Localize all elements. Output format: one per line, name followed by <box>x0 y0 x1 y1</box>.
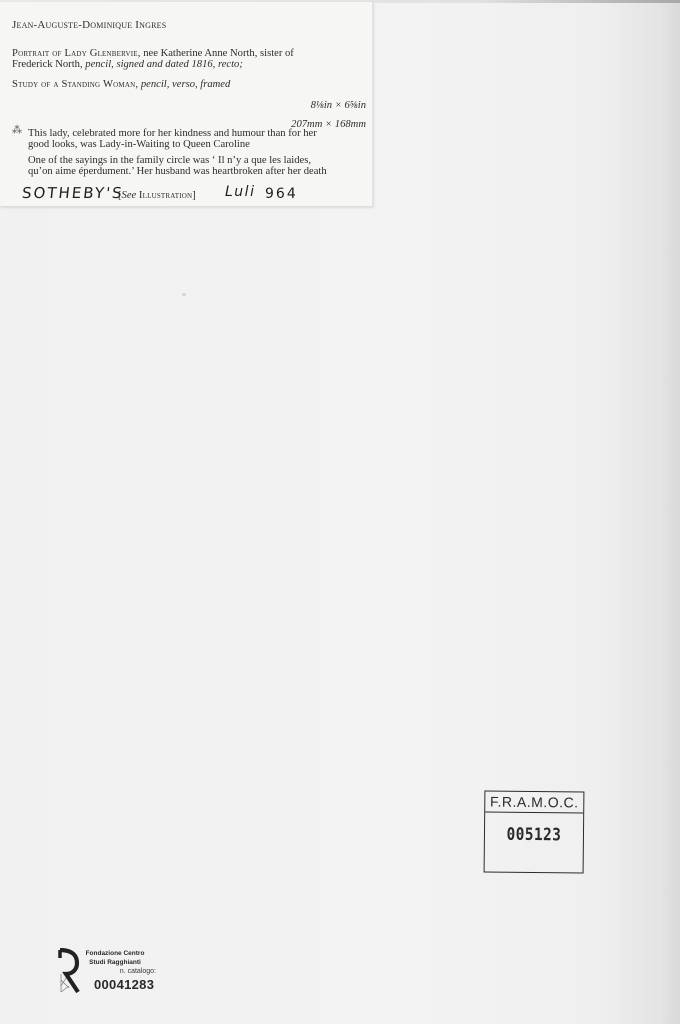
work1-medium: pencil, signed and dated 1816, recto; <box>85 59 243 70</box>
see-illustration-reference: [See Illustration] <box>118 190 196 202</box>
artist-name: Jean-Auguste-Dominique Ingres <box>12 19 166 31</box>
foundation-catalog-label: Fondazione Centro Studi Ragghianti n. ca… <box>84 949 164 992</box>
handwritten-year: 964 <box>265 186 298 202</box>
handwritten-auction-house: SOTHEBY'S <box>21 184 124 202</box>
catalog-number: 00041283 <box>94 977 164 992</box>
work2-title: Study of a Standing Woman, <box>12 79 138 90</box>
dimensions-inches: 8⅛in × 6⅝in <box>311 100 366 112</box>
foundation-name-line2: Studi Ragghianti <box>84 958 146 967</box>
paper-speck <box>182 293 186 296</box>
note1-line2: good looks, was Lady-in-Waiting to Queen… <box>28 139 250 151</box>
work2-medium: pencil, verso, framed <box>141 79 230 90</box>
catalog-number-label: n. catalogo: <box>84 967 156 976</box>
work1-title: Portrait of Lady Glenbervie, <box>12 48 141 59</box>
work2-line: Study of a Standing Woman, pencil, verso… <box>12 79 230 91</box>
auction-catalog-clipping: Jean-Auguste-Dominique Ingres Portrait o… <box>0 2 373 207</box>
note2-line2: qu’on aime éperdument.’ Her husband was … <box>28 166 327 178</box>
work1-sitter-relation: Frederick North, <box>12 59 83 70</box>
framoc-stamp: F.R.A.M.O.C. 005123 <box>484 790 585 873</box>
illustration-label: Illustration <box>139 190 192 201</box>
foundation-name-line1: Fondazione Centro <box>84 949 146 958</box>
asterism-icon: ⁂ <box>12 127 21 135</box>
work1-line2: Frederick North, pencil, signed and date… <box>12 59 243 71</box>
stamp-header: F.R.A.M.O.C. <box>485 791 583 813</box>
see-label: See <box>122 190 137 201</box>
handwritten-month: Luli <box>225 184 255 200</box>
fondazione-ragghianti-logo-icon <box>57 948 81 994</box>
work1-description: nee Katherine Anne North, sister of <box>143 48 294 59</box>
stamp-number: 005123 <box>492 825 576 846</box>
